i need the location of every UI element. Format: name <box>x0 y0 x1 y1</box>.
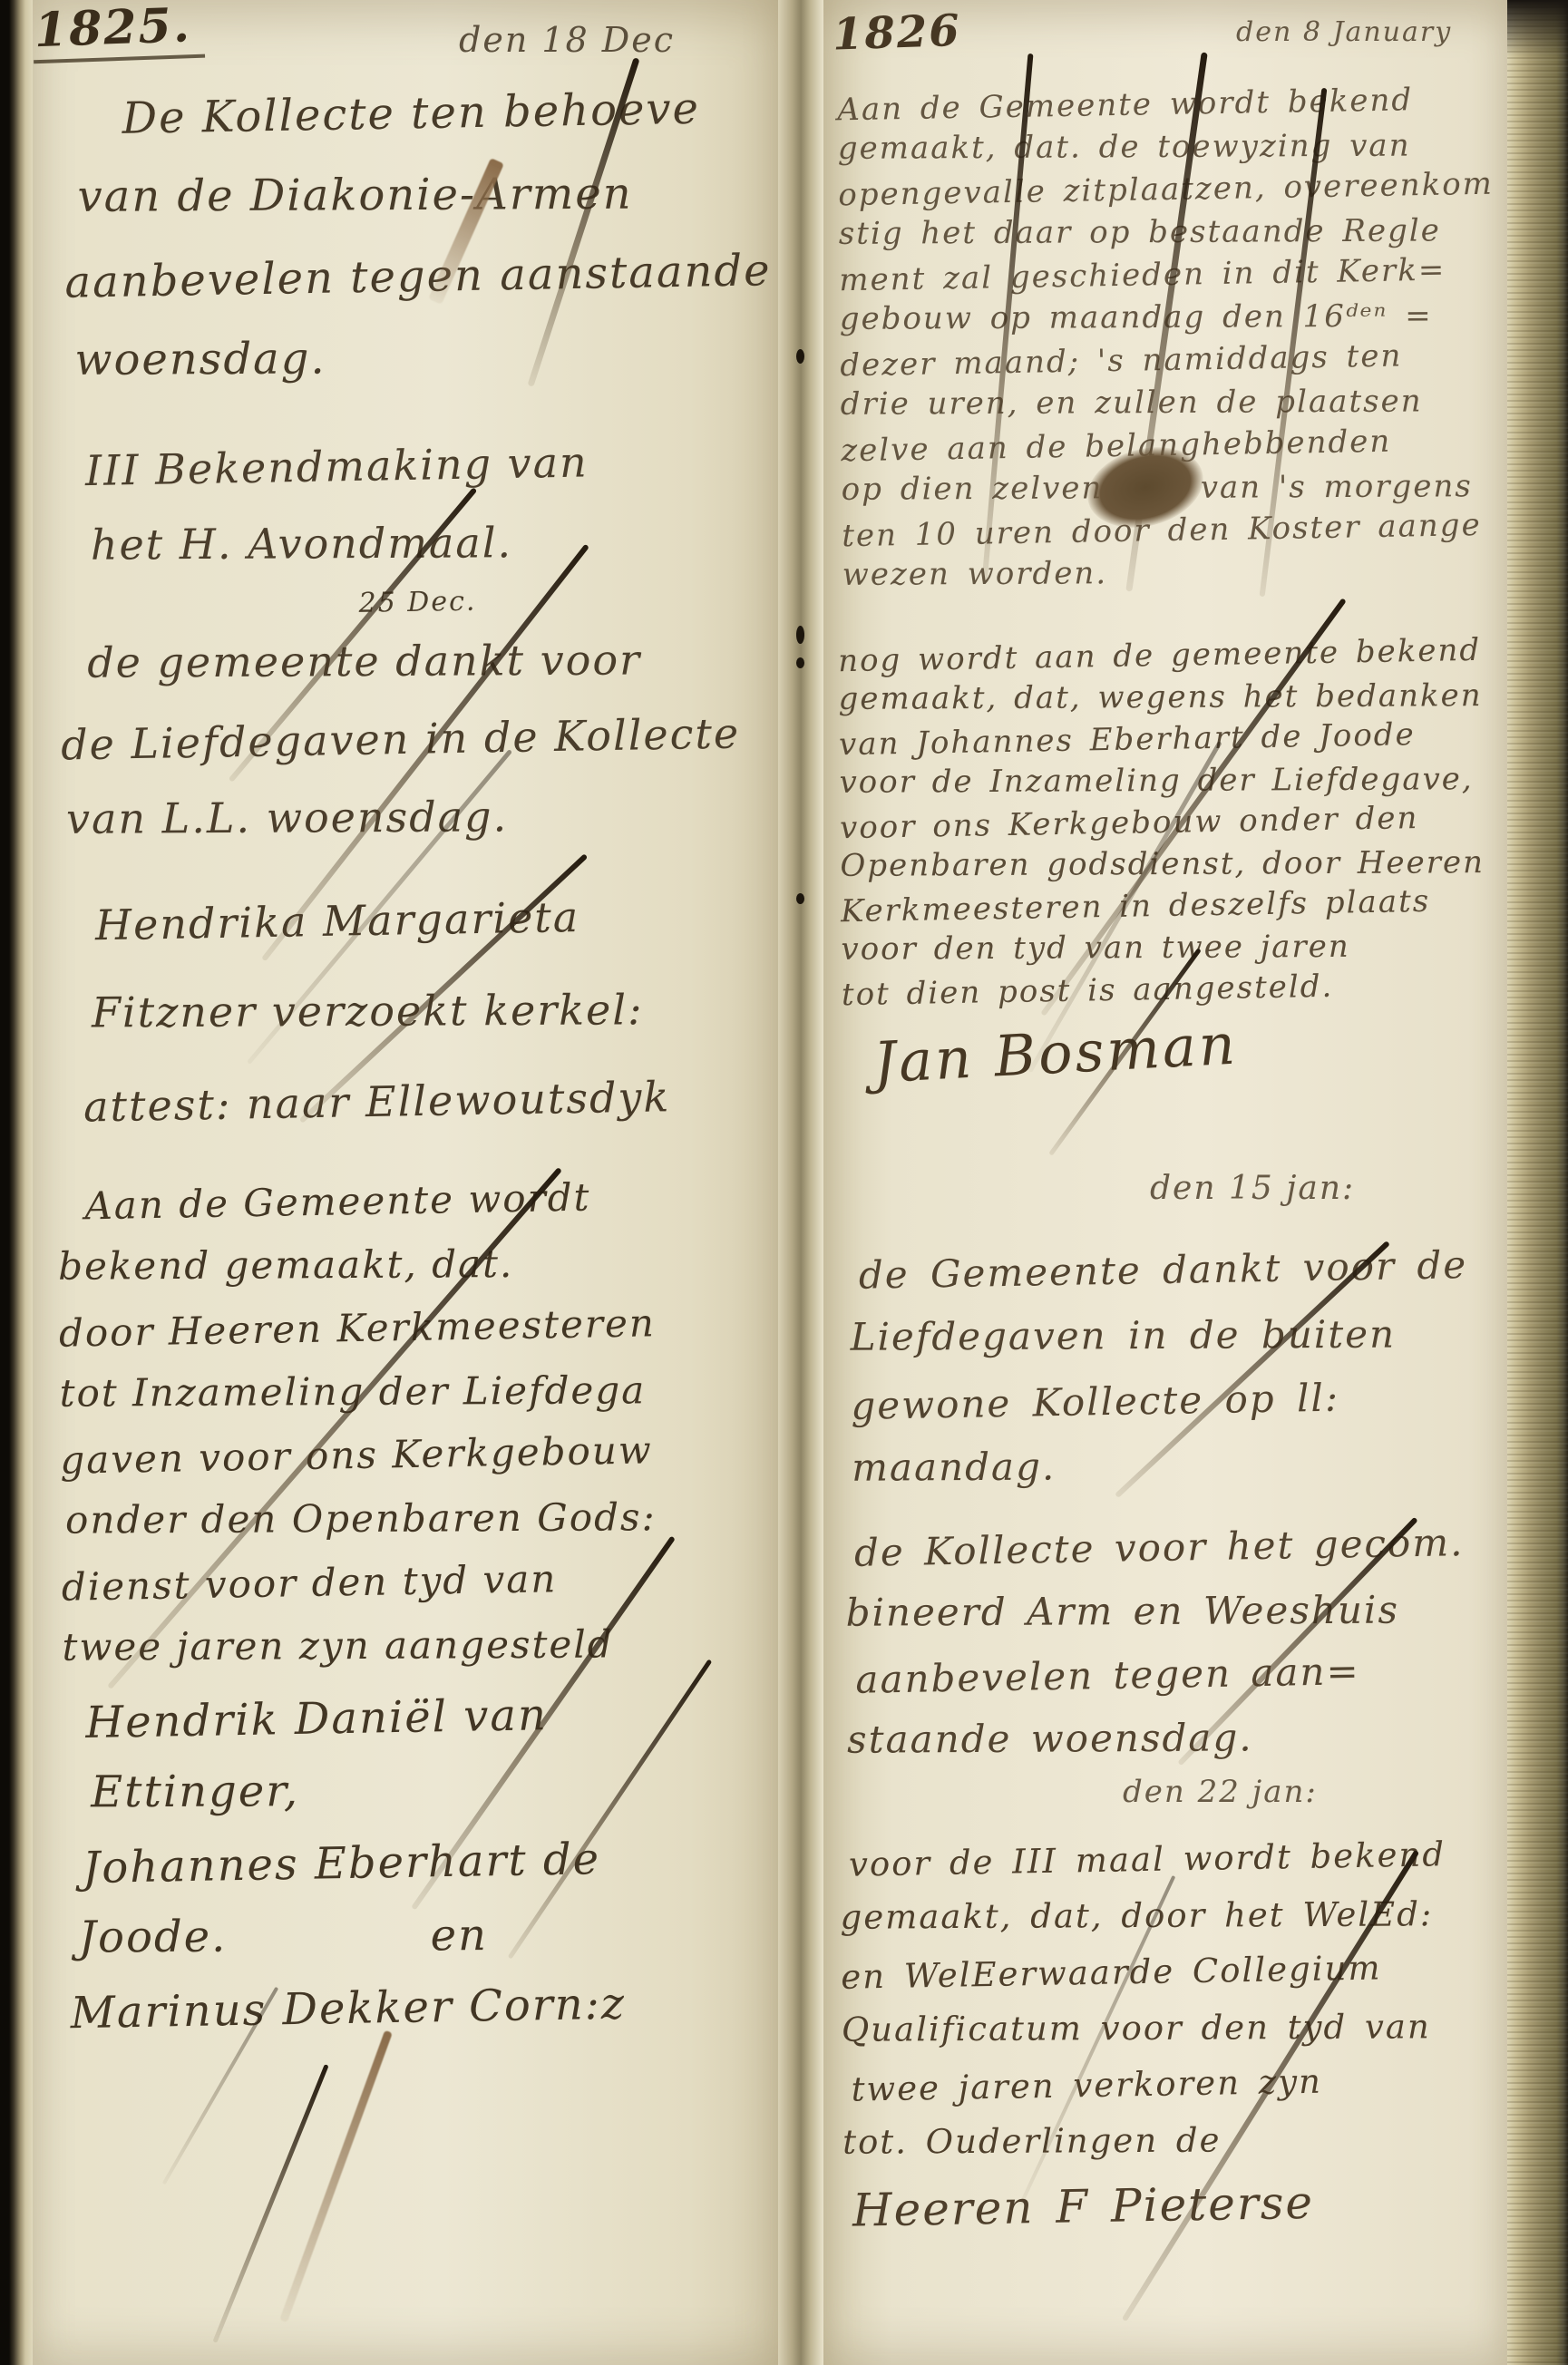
date-heading-22-jan: den 22 jan: <box>1123 1774 1318 1810</box>
manuscript-line: nog wordt aan de gemeente bekend <box>838 629 1483 682</box>
manuscript-line: bekend gemaakt, dat. <box>58 1231 655 1298</box>
manuscript-line: Heeren F Pieterse <box>852 2164 1449 2246</box>
manuscript-line: aanbevelen tegen aanstaande <box>64 229 773 324</box>
year-heading-left: 1825. <box>32 0 205 63</box>
manuscript-line: twee jaren verkoren zyn <box>851 2051 1448 2117</box>
page-right-1826: 1826 den 8 January Aan de Gemeente wordt… <box>823 0 1507 2365</box>
book-left-edge <box>0 0 33 2365</box>
entry-names: Hendrik Daniël vanEttinger,Johannes Eber… <box>58 1679 627 2048</box>
entry-kollecte-weeshuis: de Kollecte voor het gecom.bineerd Arm e… <box>845 1513 1466 1773</box>
pen-stroke <box>279 2030 393 2323</box>
binding-stitch <box>796 893 804 904</box>
entry-kerkmeesteren: Aan de Gemeente wordtbekend gemaakt, dat… <box>57 1167 659 1681</box>
entry-bedanken-joode: nog wordt aan de gemeente bekendgemaakt,… <box>838 631 1486 1013</box>
manuscript-line: staande woensdag. <box>847 1705 1466 1772</box>
manuscript-line: dienst voor den tyd van <box>61 1545 658 1619</box>
book-binding <box>778 0 823 2365</box>
binding-stitch <box>796 626 804 644</box>
manuscript-line: woensdag. <box>74 316 773 401</box>
manuscript-line: Hendrika Margarieta <box>94 870 669 970</box>
manuscript-line: attest: naar Ellewoutsdyk <box>83 1051 671 1152</box>
date-heading-15-jan: den 15 jan: <box>1150 1170 1355 1207</box>
manuscript-line: Aan de Gemeente wordt <box>84 1164 655 1238</box>
manuscript-line: wezen worden. <box>842 550 1498 597</box>
manuscript-line: Marinus Dekker Corn:z <box>70 1968 627 2050</box>
manuscript-line: Kerkmeesteren in deszelfs plaats <box>841 880 1485 932</box>
manuscript-line: van L.L. woensdag. <box>66 776 741 858</box>
manuscript-line: Liefdegaven in de buiten <box>850 1301 1468 1370</box>
manuscript-line: voor de Inzameling der Liefdegave, <box>839 758 1484 803</box>
manuscript-book: 1825. den 18 Dec De Kollecte ten behoeve… <box>0 0 1568 2365</box>
manuscript-line: de gemeente dankt voor <box>87 620 739 702</box>
manuscript-line: maandag. <box>852 1432 1470 1501</box>
manuscript-line: van de Diakonie-Armen <box>77 152 771 238</box>
manuscript-line: de Liefdegaven in de Kollecte <box>60 694 740 783</box>
date-heading-left: den 18 Dec <box>459 20 675 60</box>
manuscript-line: stig het daar op bestaande Regle <box>839 209 1495 256</box>
manuscript-line: onder den Openbaren Gods: <box>65 1485 657 1552</box>
manuscript-line: 25 Dec. <box>358 578 739 624</box>
date-heading-right: den 8 January <box>1236 16 1452 48</box>
book-fore-edge <box>1507 0 1568 2365</box>
manuscript-line: het H. Avondmaal. <box>91 502 738 584</box>
manuscript-line: tot dien post is aangesteld. <box>842 963 1486 1016</box>
manuscript-line: gaven voor ons Kerkgebouw <box>60 1418 657 1492</box>
manuscript-line: door Heeren Kerkmeesteren <box>58 1291 656 1365</box>
manuscript-line: Ettinger, <box>91 1753 624 1828</box>
manuscript-line: Johannes Eberhart de <box>82 1823 625 1904</box>
manuscript-line: tot Inzameling der Liefdega <box>59 1358 656 1425</box>
binding-stitch <box>796 657 804 668</box>
manuscript-line: III Bekendmaking van <box>84 421 737 511</box>
manuscript-line: gemaakt, dat. de toewyzing van <box>838 124 1494 170</box>
page-left-1825: 1825. den 18 Dec De Kollecte ten behoeve… <box>33 0 778 2365</box>
manuscript-line: opengevalle zitplaatzen, overeenkom <box>838 163 1494 218</box>
entry-collecte-diakonie: De Kollecte ten behoevevan de Diakonie-A… <box>58 69 773 403</box>
entry-verkiezing-ouderlingen: voor de III maal wordt bekendgemaakt, da… <box>840 1829 1450 2245</box>
manuscript-line: van Johannes Eberhart de Joode <box>839 713 1484 765</box>
manuscript-line: gewone Kollecte op ll: <box>851 1363 1469 1439</box>
manuscript-line: de Gemeente dankt voor de <box>858 1232 1467 1309</box>
manuscript-line: twee jaren zyn aangesteld <box>62 1612 658 1679</box>
manuscript-line: tot. Ouderlingen de <box>842 2111 1448 2170</box>
manuscript-line: drie uren, en zullen de plaatsen <box>841 380 1496 426</box>
manuscript-line: De Kollecte ten behoeve <box>122 66 771 159</box>
manuscript-line: voor de III maal wordt bekend <box>848 1826 1446 1893</box>
entry-attest-fitzner: Hendrika MargarietaFitzner verzoekt kerk… <box>58 871 670 1150</box>
manuscript-line: de Kollecte voor het gecom. <box>853 1511 1465 1585</box>
entry-bekendmaking-avondmaal: III Bekendmaking vanhet H. Avondmaal.25 … <box>58 423 742 860</box>
manuscript-line: voor den tyd van twee jaren <box>841 925 1485 970</box>
entry-dank-kollecte: de Gemeente dankt voor deLiefdegaven in … <box>850 1234 1470 1502</box>
manuscript-line: dezer maand; 's namiddags ten <box>840 334 1495 388</box>
manuscript-line: bineerd Arm en Weeshuis <box>845 1578 1465 1645</box>
manuscript-line: gemaakt, dat, wegens het bedanken <box>838 675 1483 720</box>
binding-stitch <box>796 349 804 364</box>
pen-stroke <box>212 2064 328 2343</box>
manuscript-line: Aan de Gemeente wordt bekend <box>837 78 1493 132</box>
year-heading-right: 1826 <box>830 5 975 62</box>
manuscript-line: aanbevelen tegen aan= <box>855 1638 1466 1712</box>
manuscript-line: Qualificatum voor den tyd van <box>842 1999 1447 2058</box>
